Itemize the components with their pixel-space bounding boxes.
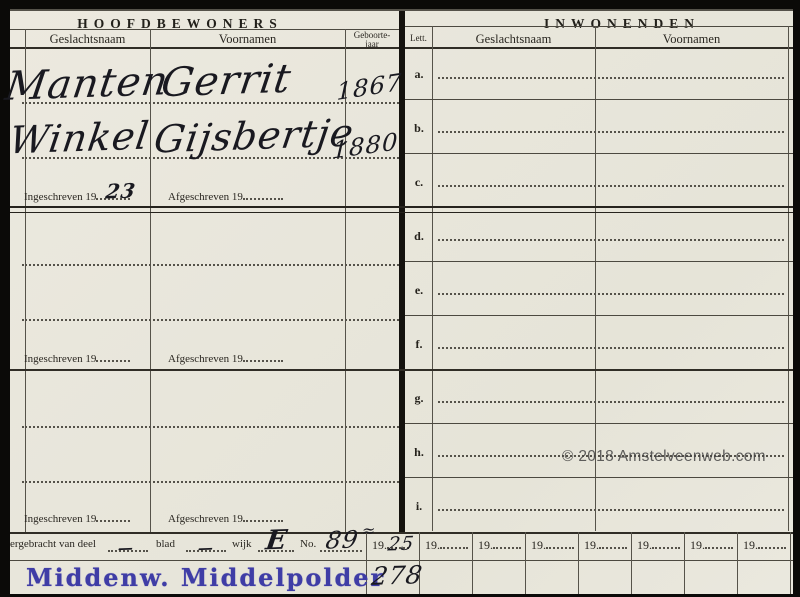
year-cell: 19. (743, 538, 786, 553)
rule (578, 532, 579, 594)
section-rule (10, 206, 793, 213)
registration-row: Ingeschreven 19 Afgeschreven 19 (10, 509, 399, 527)
registration-row: Ingeschreven 19 Afgeschreven 19 (10, 349, 399, 367)
entry-line (22, 426, 399, 428)
municipality-stamp: Middenw. Middelpolder (26, 563, 385, 592)
afgeschreven-label: Afgeschreven 19 (168, 351, 283, 365)
entry-line (546, 538, 574, 549)
rule (472, 532, 473, 594)
row-letter: g. (408, 391, 430, 406)
handwritten-folio-number: 278 (370, 560, 425, 591)
header-geslachtsnaam-left: Geslachtsnaam (25, 32, 150, 47)
rule (790, 532, 791, 594)
rule (405, 261, 793, 262)
year-cell: 19. (584, 538, 627, 553)
row-letter: h. (408, 445, 430, 460)
year-cell: 19. (690, 538, 733, 553)
handwritten-wijk: E (264, 525, 290, 557)
blad-label: blad (156, 538, 175, 550)
rule (684, 532, 685, 594)
entry-line (243, 189, 283, 200)
afgeschreven-label: Afgeschreven 19 (168, 511, 283, 525)
handwritten-surname: Manten (2, 58, 171, 110)
entry-line (22, 319, 399, 321)
handwritten-year: 25 (386, 533, 415, 556)
entry-line (438, 131, 784, 133)
entry-line (438, 185, 784, 187)
rule (405, 99, 793, 100)
entry-line (22, 481, 399, 483)
entry-line (705, 538, 733, 549)
entry-line (599, 538, 627, 549)
header-voornamen-left: Voornamen (150, 32, 345, 47)
transfer-prefix: ergebracht van deel (10, 538, 96, 550)
row-letter: a. (408, 67, 430, 82)
row-letter: b. (408, 121, 430, 136)
entry-line (243, 511, 283, 522)
wijk-label: wijk (232, 538, 252, 550)
handwritten-birthyear: 1867 (336, 68, 403, 106)
row-letter: c. (408, 175, 430, 190)
header-geslachtsnaam-right: Geslachtsnaam (432, 32, 595, 47)
handwritten-firstname: Gerrit (158, 56, 294, 106)
scanned-register-card: { "sections": { "left_title": "HOOFDBEWO… (0, 0, 800, 597)
register-card: HOOFDBEWONERS INWONENDEN Geslachtsnaam V… (10, 9, 793, 594)
registration-row: Ingeschreven 19 23 Afgeschreven 19 (10, 187, 399, 205)
rule (737, 532, 738, 594)
rule (788, 26, 789, 531)
ingeschreven-label: Ingeschreven 19 (24, 511, 130, 525)
row-letter: d. (408, 229, 430, 244)
entry-line (96, 351, 130, 362)
entry-line (22, 264, 399, 266)
year-cell: 19. (478, 538, 521, 553)
no-label: No. (300, 538, 316, 550)
rule (405, 26, 793, 27)
entry-line (438, 77, 784, 79)
entry-line (438, 401, 784, 403)
rule (405, 315, 793, 316)
entry-line (440, 538, 468, 549)
entry-line (652, 538, 680, 549)
entry-line (438, 239, 784, 241)
entry-line (493, 538, 521, 549)
right-section-title: INWONENDEN (472, 16, 772, 32)
rule (405, 153, 793, 154)
header-lett: Lett. (405, 34, 432, 43)
afgeschreven-label: Afgeschreven 19 (168, 189, 283, 203)
entry-line (438, 293, 784, 295)
rule (10, 29, 399, 30)
entry-line (438, 347, 784, 349)
handwritten-surname: Winkel (7, 114, 153, 163)
entry-line (438, 509, 784, 511)
entry-line (96, 511, 130, 522)
rule (525, 532, 526, 594)
year-cell: 19. (531, 538, 574, 553)
handwritten-house-number: 89 (324, 525, 361, 554)
handwritten-deel: — (117, 539, 136, 558)
section-rule (10, 369, 793, 371)
handwritten-firstname: Gijsbertje (151, 111, 357, 162)
row-letter: f. (408, 337, 430, 352)
watermark: © 2018 Amstelveenweb.com (562, 448, 766, 466)
row-letter: i. (408, 499, 430, 514)
rule (405, 477, 793, 478)
year-cell: 19. (425, 538, 468, 553)
rule (405, 423, 793, 424)
ingeschreven-label: Ingeschreven 19 (24, 351, 130, 365)
row-letter: e. (408, 283, 430, 298)
entry-line (758, 538, 786, 549)
year-cell: 19. (637, 538, 680, 553)
rule (631, 532, 632, 594)
header-voornamen-right: Voornamen (595, 32, 788, 47)
entry-line (243, 351, 283, 362)
handwritten-blad: — (197, 539, 216, 558)
rule (432, 26, 433, 531)
handwritten-year: 23 (104, 178, 137, 203)
